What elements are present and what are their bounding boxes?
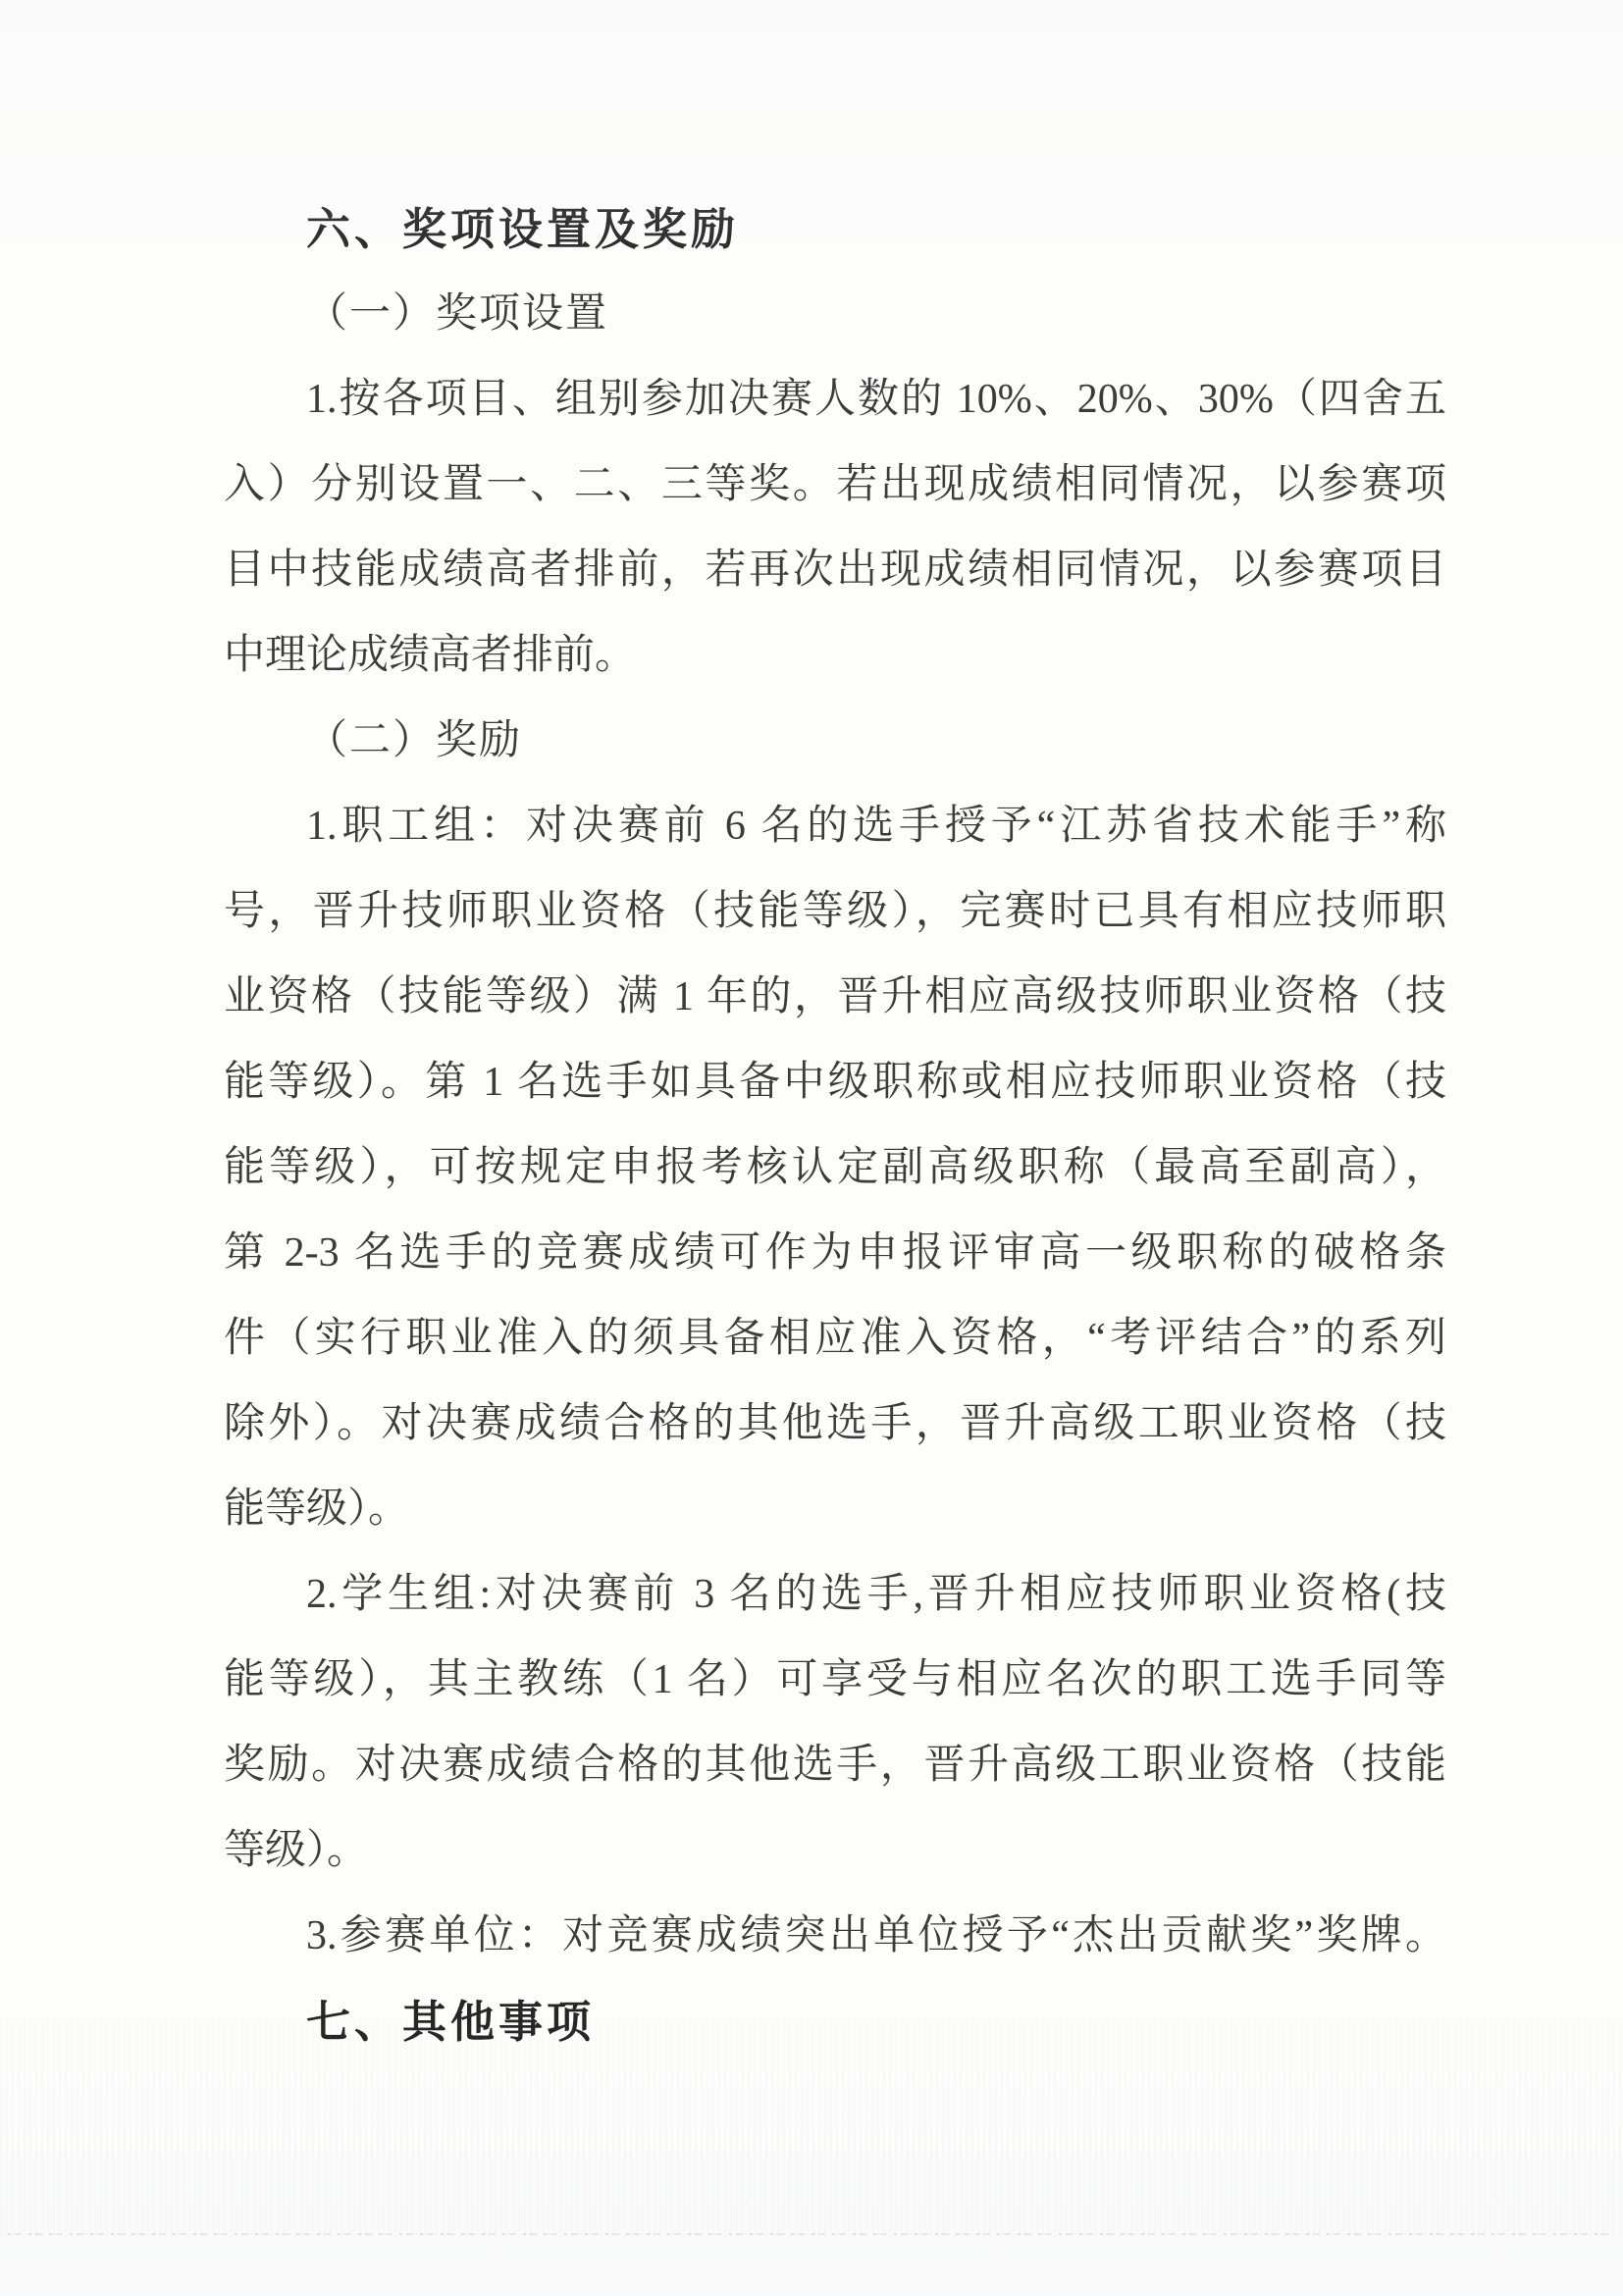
document-text-block: 六、奖项设置及奖励 （一）奖项设置 1.按各项目、组别参加决赛人数的 10%、2… bbox=[224, 186, 1446, 2064]
para-student-group-line-2: 能等级），其主教练（1 名）可享受与相应名次的职工选手同等 bbox=[224, 1638, 1446, 1723]
subheading-award-setup: （一）奖项设置 bbox=[224, 272, 1446, 357]
heading-section-6: 六、奖项设置及奖励 bbox=[224, 186, 1446, 272]
para-worker-group-line-4: 能等级）。第 1 名选手如具备中级职称或相应技师职业资格（技 bbox=[224, 1040, 1446, 1125]
para-student-group-line-4: 等级）。 bbox=[224, 1808, 1446, 1894]
para-award-setup-line-4: 中理论成绩高者排前。 bbox=[224, 613, 1446, 699]
para-worker-group-line-2: 号，晋升技师职业资格（技能等级），完赛时已具有相应技师职 bbox=[224, 869, 1446, 955]
para-award-setup-line-3: 目中技能成绩高者排前，若再次出现成绩相同情况，以参赛项目 bbox=[224, 528, 1446, 613]
document-page: 六、奖项设置及奖励 （一）奖项设置 1.按各项目、组别参加决赛人数的 10%、2… bbox=[0, 0, 1623, 2296]
para-worker-group-line-1: 1.职工组：对决赛前 6 名的选手授予“江苏省技术能手”称 bbox=[224, 784, 1446, 869]
para-student-group-line-1: 2.学生组:对决赛前 3 名的选手,晋升相应技师职业资格(技 bbox=[224, 1552, 1446, 1638]
heading-section-7: 七、其他事项 bbox=[224, 1979, 1446, 2064]
para-participating-unit-line-1: 3.参赛单位：对竞赛成绩突出单位授予“杰出贡献奖”奖牌。 bbox=[224, 1894, 1446, 1979]
para-award-setup-line-2: 入）分别设置一、二、三等奖。若出现成绩相同情况，以参赛项 bbox=[224, 443, 1446, 528]
para-worker-group-line-7: 件（实行职业准入的须具备相应准入资格，“考评结合”的系列 bbox=[224, 1296, 1446, 1382]
para-worker-group-line-9: 能等级）。 bbox=[224, 1467, 1446, 1552]
para-worker-group-line-5: 能等级），可按规定申报考核认定副高级职称（最高至副高）， bbox=[224, 1125, 1446, 1211]
para-worker-group-line-6: 第 2-3 名选手的竞赛成绩可作为申报评审高一级职称的破格条 bbox=[224, 1211, 1446, 1296]
scan-artifact-line bbox=[8, 2233, 1615, 2235]
para-student-group-line-3: 奖励。对决赛成绩合格的其他选手，晋升高级工职业资格（技能 bbox=[224, 1723, 1446, 1808]
para-worker-group-line-3: 业资格（技能等级）满 1 年的，晋升相应高级技师职业资格（技 bbox=[224, 955, 1446, 1040]
para-award-setup-line-1: 1.按各项目、组别参加决赛人数的 10%、20%、30%（四舍五 bbox=[224, 357, 1446, 443]
para-worker-group-line-8: 除外）。对决赛成绩合格的其他选手，晋升高级工职业资格（技 bbox=[224, 1382, 1446, 1467]
subheading-rewards: （二）奖励 bbox=[224, 699, 1446, 784]
